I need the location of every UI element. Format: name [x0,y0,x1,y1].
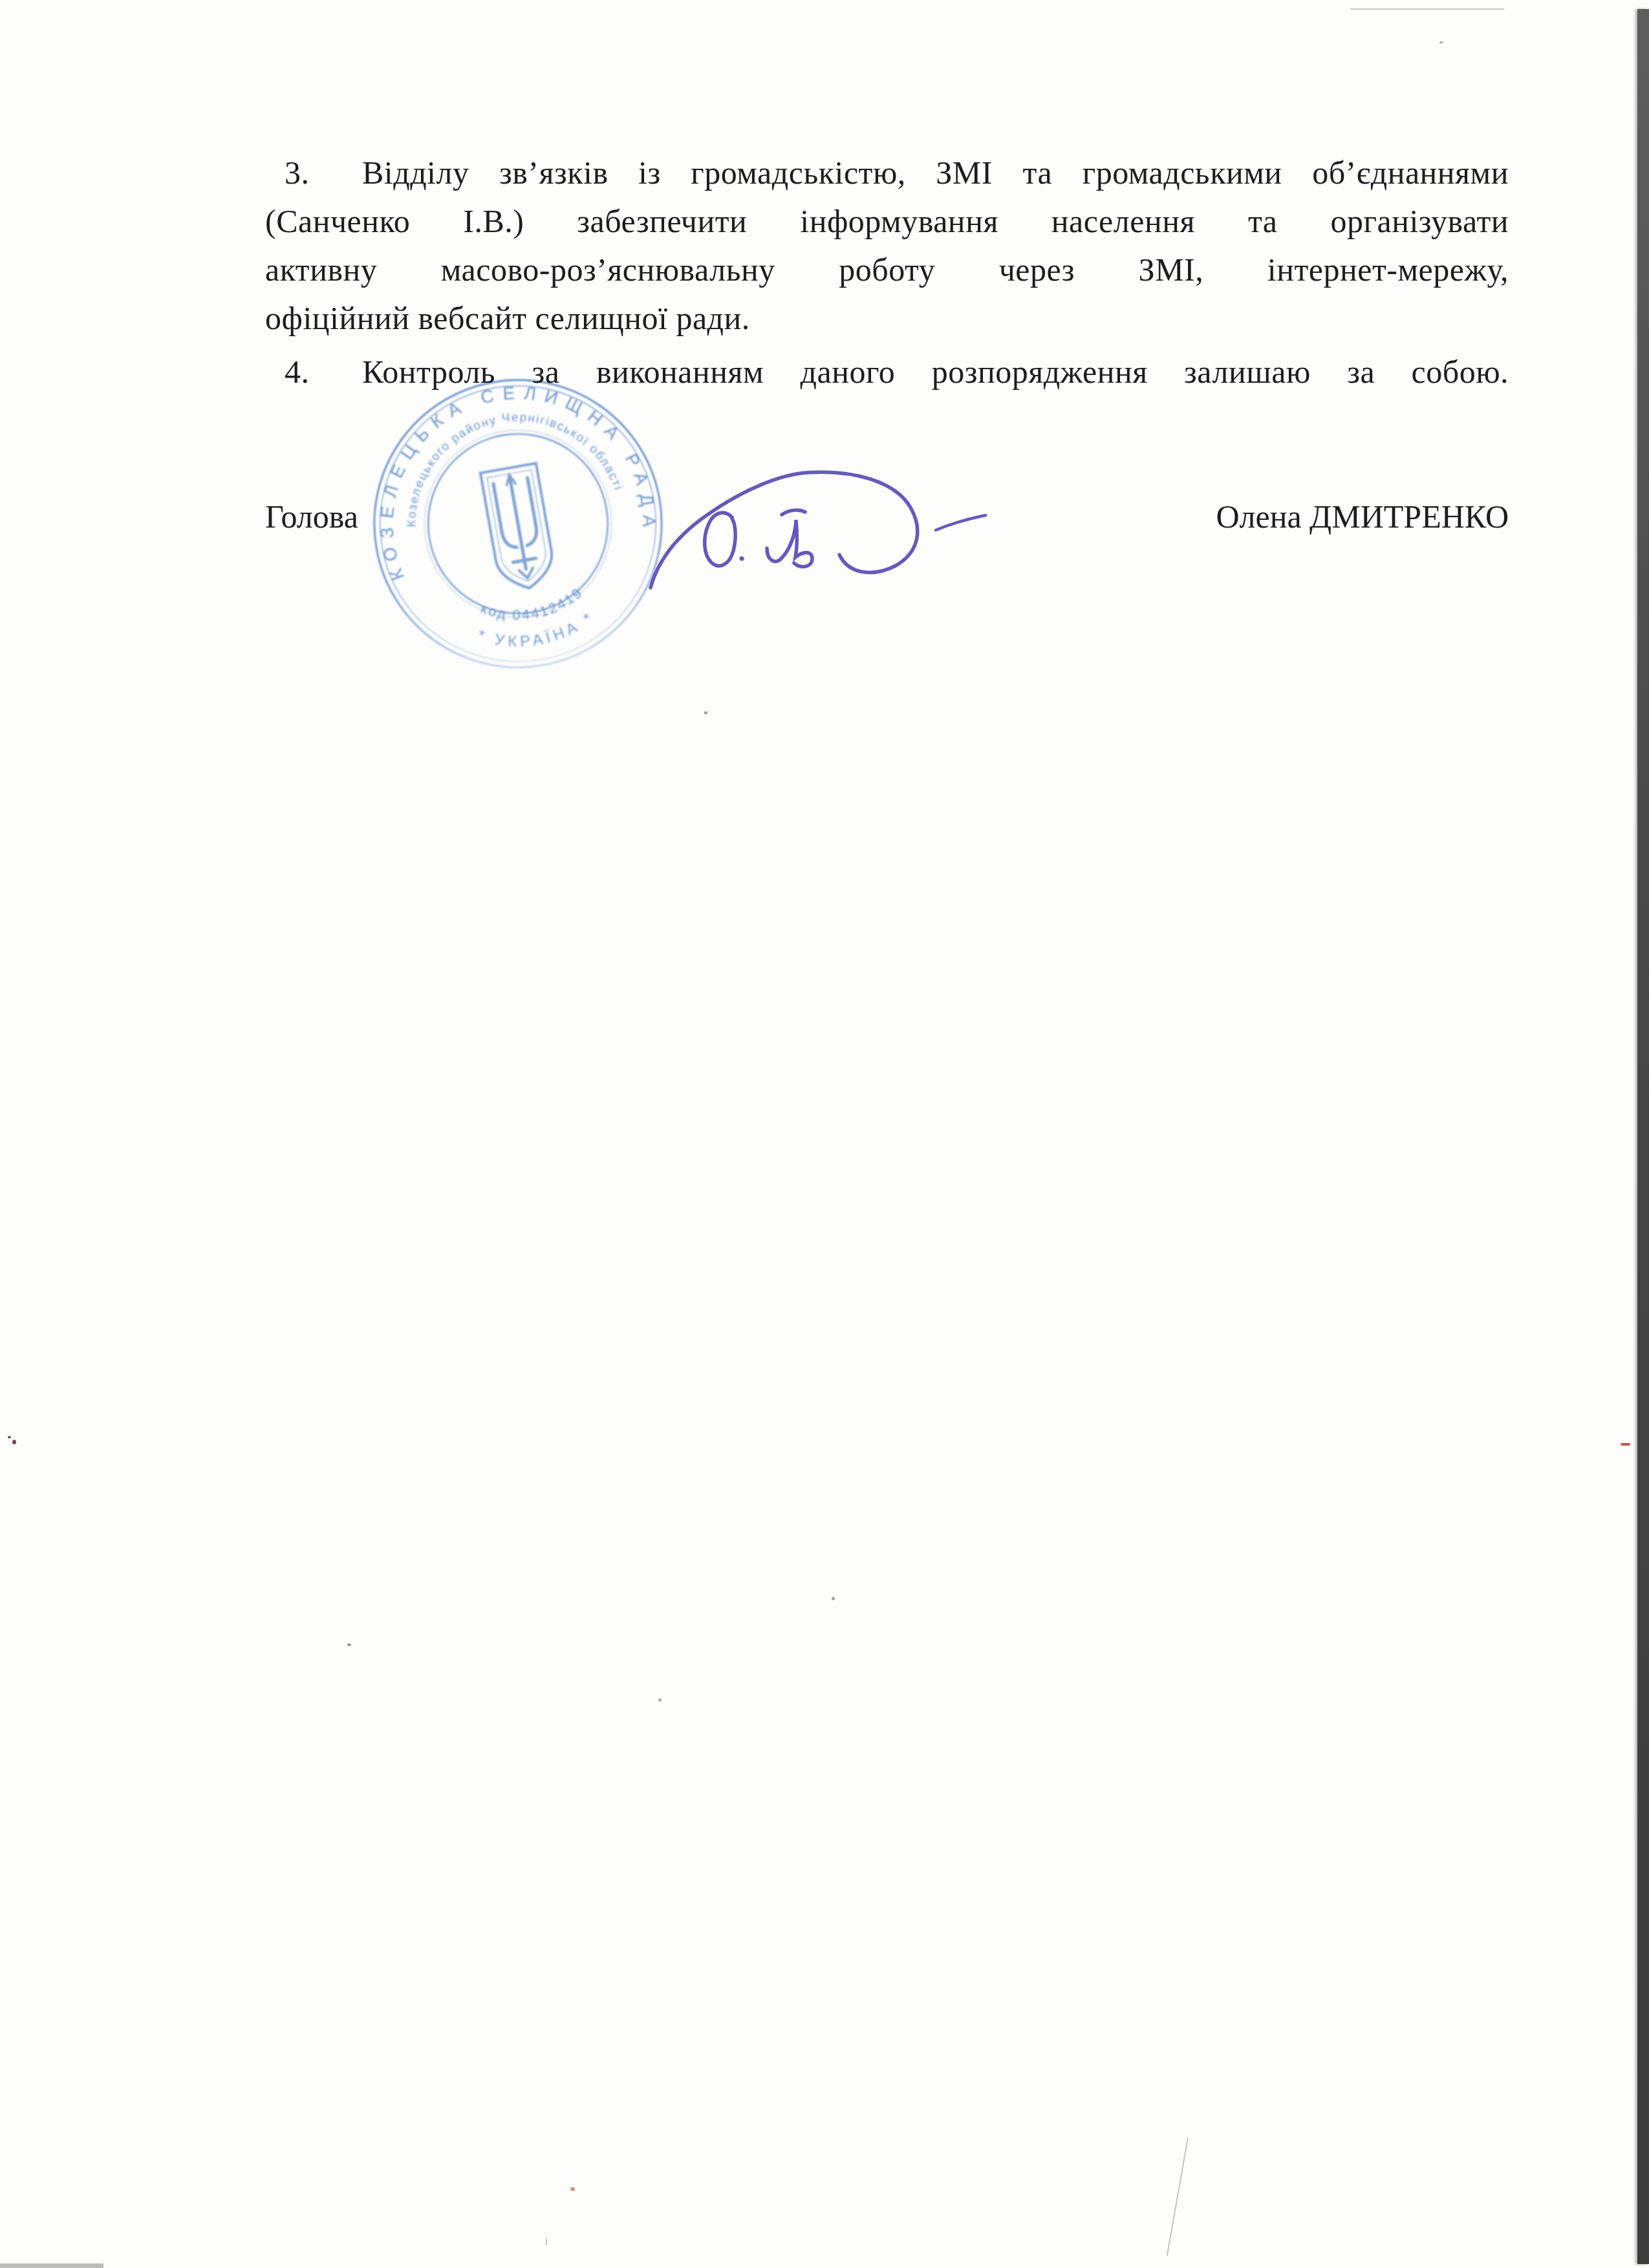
signer-name: Олена ДМИТРЕНКО [1216,493,1509,541]
paragraph-number: 3. [265,149,362,197]
paragraph-number: 4. [265,348,362,396]
paragraph-line: (Санченко І.В.) забезпечити інформування… [265,197,1509,246]
stamp-inner-text: Козелецького району Чернігівської област… [387,392,626,530]
signature-period-dot [740,557,744,561]
signature-letter-b-bar-stroke [782,510,805,515]
scan-speck [8,1436,11,1439]
scan-speck [347,1643,351,1646]
paragraph-line: офіційний вебсайт селищної ради. [265,294,1509,343]
scan-speck-red [1621,1443,1630,1446]
scan-speck [1439,41,1443,43]
official-stamp: КОЗЕЛЕЦЬКА СЕЛИЩНА РАДА Козелецького рай… [364,370,672,678]
scan-speck [658,1698,662,1702]
scan-speck [12,1440,16,1444]
paragraph-line: 3.Відділу зв’язків із громадськістю, ЗМІ… [265,149,1509,197]
scanned-document-page: 3.Відділу зв’язків із громадськістю, ЗМІ… [0,0,1649,2268]
handwritten-signature [640,407,1054,601]
paragraph-line: активну масово-роз’яснювальну роботу чер… [265,246,1509,294]
document-body: 3.Відділу зв’язків із громадськістю, ЗМІ… [265,149,1509,396]
position-title: Голова [265,493,358,541]
signature-letter-o-stroke [705,513,736,566]
signature-dash-stroke [936,515,986,530]
signature-letter-b-stroke [767,520,812,566]
paragraph-3: 3.Відділу зв’язків із громадськістю, ЗМІ… [265,149,1509,343]
scan-speck [832,1597,835,1600]
scan-bottom-corner-mark [0,2263,103,2268]
ukraine-trident-emblem-icon [480,463,557,593]
signature-flourish-stroke [651,472,918,588]
paragraph-text: Відділу зв’язків із громадськістю, ЗМІ т… [362,155,1509,191]
scan-speck [546,2238,547,2245]
scan-top-edge-line [1350,8,1504,10]
scan-edge-shadow [1637,9,1649,2264]
scan-hairline-artifact [1167,2137,1189,2256]
scan-speck-pink [570,2187,575,2191]
scan-speck [704,711,707,714]
